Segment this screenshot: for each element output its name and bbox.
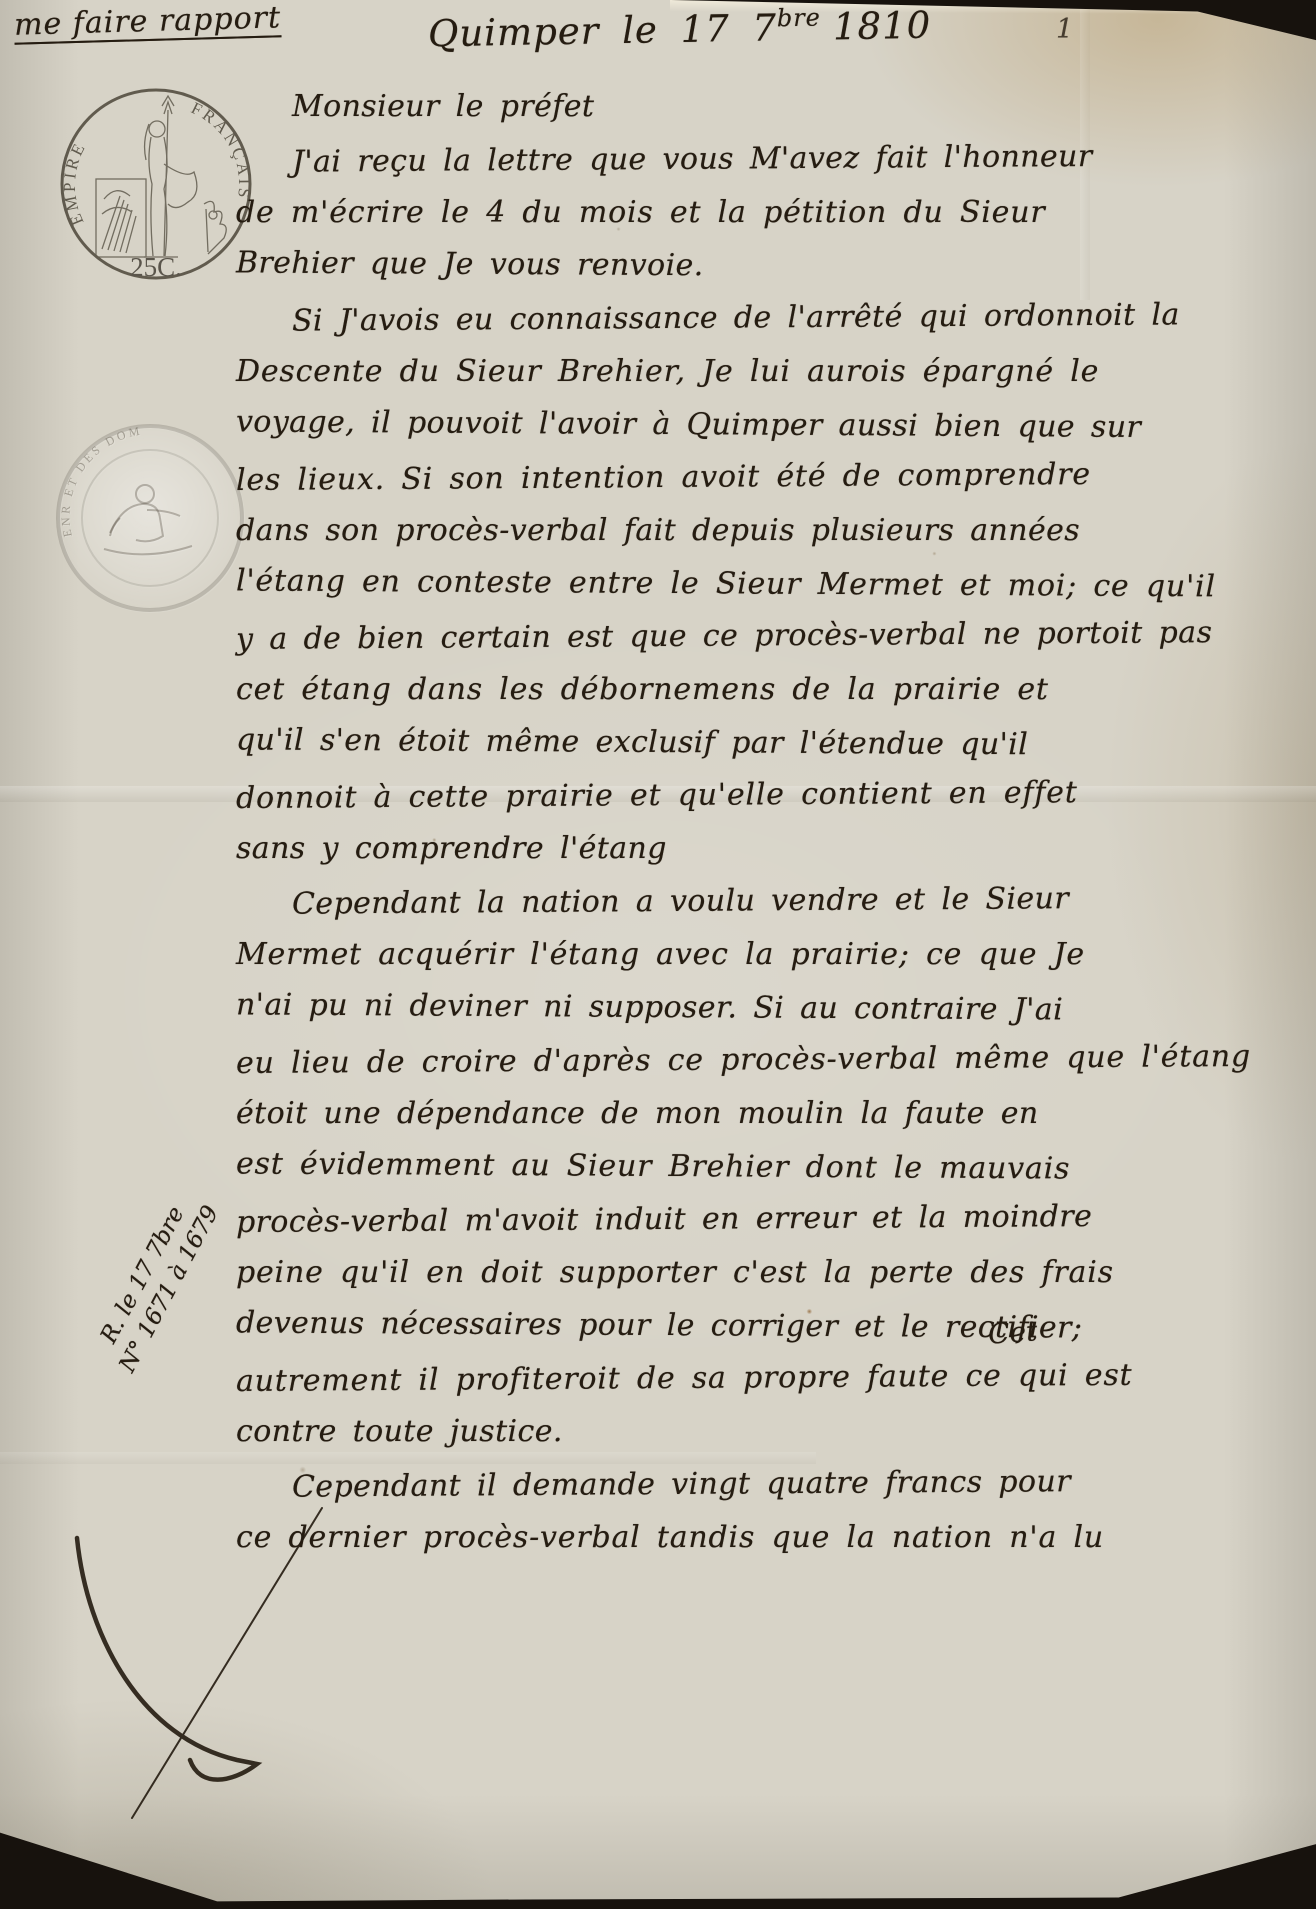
- dateline-superscript: bre: [777, 4, 822, 33]
- margin-note-top: me faire rapport: [14, 0, 282, 42]
- paragraph: Si J'avois eu connaissance de l'arrêté q…: [236, 292, 1096, 875]
- letter-line: étoit une dépendance de mon moulin la fa…: [236, 1087, 1096, 1140]
- letter-line: n'ai pu ni deviner ni supposer. Si au co…: [236, 978, 1096, 1036]
- revenue-stamp-icon: EMPIRE FRANÇAIS 25C.: [56, 84, 256, 289]
- letter-line: Brehier que Je vous renvoie.: [236, 236, 1096, 294]
- stamp-arc-left-label: EMPIRE: [60, 138, 90, 228]
- letter-line: l'étang en conteste entre le Sieur Merme…: [236, 554, 1096, 612]
- pen-flourish-icon: [22, 1478, 442, 1898]
- corner-page-mark: 1: [1056, 14, 1073, 45]
- document-page: me faire rapport Quimper le 17 7bre1810 …: [0, 0, 1316, 1909]
- letter-line: les lieux. Si son intention avoit été de…: [236, 448, 1096, 507]
- salutation: Monsieur le préfet: [236, 80, 1096, 133]
- letter-line: peine qu'il en doit supporter c'est la p…: [236, 1246, 1096, 1299]
- letter-line: donnoit à cette prairie et qu'elle conti…: [236, 766, 1096, 825]
- letter-line: procès-verbal m'avoit induit en erreur e…: [236, 1190, 1096, 1249]
- letter-line: voyage, il pouvoit l'avoir à Quimper aus…: [236, 395, 1096, 453]
- embossed-seal-icon: ENR ET DES DOM: [50, 418, 250, 618]
- letter-line: autrement il profiteroit de sa propre fa…: [236, 1349, 1096, 1408]
- photo-of-letter: { "annotations": { "top_left_note": "me …: [0, 0, 1316, 1909]
- dateline: Quimper le 17 7bre1810: [428, 2, 932, 56]
- letter-line: dans son procès-verbal fait depuis plusi…: [236, 504, 1096, 557]
- paragraph: J'ai reçu la lettre que vous M'avez fait…: [236, 133, 1096, 292]
- letter-line: Cependant la nation a voulu vendre et le…: [236, 872, 1096, 931]
- margin-note-line1: R. le 17 7bre: [40, 1100, 245, 1450]
- letter-line: contre toute justice.: [236, 1405, 1096, 1458]
- letter-line: Si J'avois eu connaissance de l'arrêté q…: [236, 289, 1096, 348]
- dateline-main: Quimper le 17 7: [428, 6, 778, 55]
- catchword: Cet: [987, 1314, 1038, 1350]
- letter-line: Mermet acquérir l'étang avec la prairie;…: [236, 928, 1096, 981]
- stamp-denomination: 25C.: [130, 252, 182, 282]
- dateline-year: 1810: [833, 4, 932, 49]
- photo-backdrop: me faire rapport Quimper le 17 7bre1810 …: [0, 0, 1316, 1909]
- letter-line: Descente du Sieur Brehier, Je lui aurois…: [236, 345, 1096, 398]
- letter-line: cet étang dans les débornemens de la pra…: [236, 663, 1096, 716]
- letter-line: J'ai reçu la lettre que vous M'avez fait…: [236, 130, 1096, 189]
- letter-line: de m'écrire le 4 du mois et la pétition …: [236, 186, 1096, 239]
- letter-line: sans y comprendre l'étang: [236, 822, 1096, 875]
- letter-line: eu lieu de croire d'après ce procès-verb…: [236, 1031, 1096, 1090]
- letter-body: Monsieur le préfet J'ai reçu la lettre q…: [236, 80, 1096, 1564]
- letter-line: devenus nécessaires pour le corriger et …: [236, 1296, 1096, 1354]
- letter-line: y a de bien certain est que ce procès-ve…: [236, 607, 1096, 666]
- letter-line: qu'il s'en étoit même exclusif par l'éte…: [236, 713, 1096, 771]
- svg-text:EMPIRE: EMPIRE: [60, 138, 90, 228]
- paragraph: Cependant la nation a voulu vendre et le…: [236, 875, 1096, 1458]
- letter-paragraphs: J'ai reçu la lettre que vous M'avez fait…: [236, 133, 1096, 1564]
- letter-line: est évidemment au Sieur Brehier dont le …: [236, 1137, 1096, 1195]
